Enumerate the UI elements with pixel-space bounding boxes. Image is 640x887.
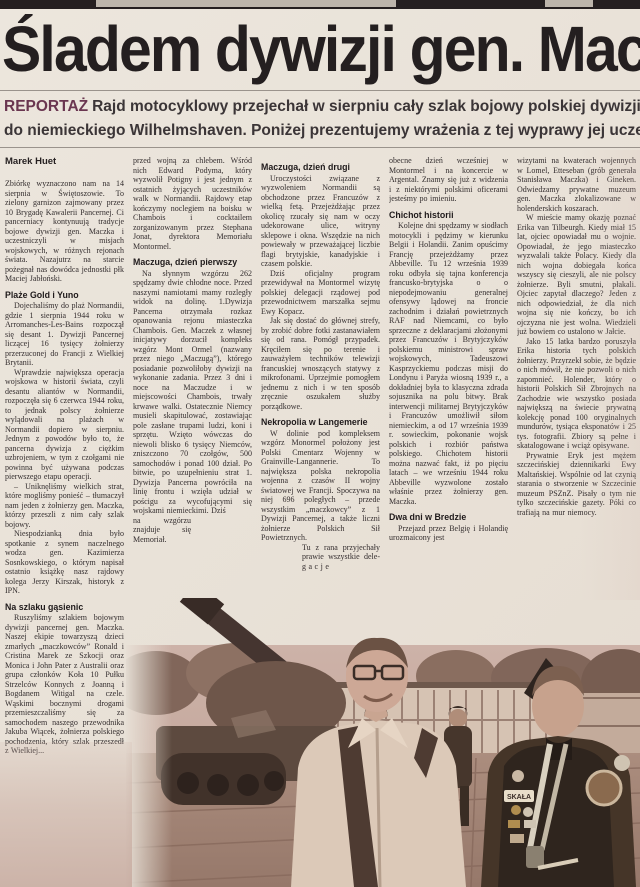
column-4: obecne dzień wcześniej w Montormel i na … bbox=[389, 156, 508, 650]
lead-line-2: do niemieckiego Wilhelmshaven. Poniżej p… bbox=[4, 119, 640, 143]
body-paragraph: Na słynnym wzgórzu 262 spędzamy dwie chł… bbox=[133, 269, 252, 516]
body-paragraph: Wprawdzie największa operacja wojskowa w… bbox=[5, 368, 124, 482]
body-paragraph: Jako 15 latka bardzo poruszyła Erika his… bbox=[517, 337, 636, 451]
body-paragraph: Dojechaliśmy do plaż Normandii, gdzie 1 … bbox=[5, 301, 124, 368]
divider-rule bbox=[0, 147, 640, 148]
divider-rule bbox=[0, 90, 640, 91]
body-paragraph: Prywatnie Eryk jest mężem szczecińskiej … bbox=[517, 451, 636, 518]
body-paragraph: przed wojną za chlebem. Wśród nich Edwar… bbox=[133, 156, 252, 251]
column-2: przed wojną za chlebem. Wśród nich Edwar… bbox=[133, 156, 252, 650]
body-paragraph: Jak się dostać do głównej strefy, by zro… bbox=[261, 316, 380, 411]
lead-text-2: do niemieckiego Wilhelmshaven. Poniżej p… bbox=[4, 122, 640, 139]
section-heading: Chichot historii bbox=[389, 210, 508, 220]
body-paragraph: Przejazd przez Belgię i Holandię urozmai… bbox=[389, 524, 508, 543]
body-paragraph: Kolejne dni spędzamy w siodłach motocykl… bbox=[389, 221, 508, 506]
newspaper-page: { "header": { "headline": "Śladem dywizj… bbox=[0, 0, 640, 887]
body-paragraph: Zbiórkę wyznaczono nam na 14 sierpnia w … bbox=[5, 179, 124, 284]
body-paragraph: wizytami na kwaterach wojennych w Lomel,… bbox=[517, 156, 636, 213]
section-heading: Maczuga, dzień pierwszy bbox=[133, 257, 252, 267]
section-heading: Plaże Gold i Yuno bbox=[5, 290, 124, 300]
column-5: wizytami na kwaterach wojennych w Lomel,… bbox=[517, 156, 636, 650]
scan-edge-notch bbox=[545, 0, 593, 7]
article-headline: Śladem dywizji gen. Macz bbox=[2, 8, 640, 90]
section-heading: Na szlaku gąsienic bbox=[5, 602, 124, 612]
photo-left-fade bbox=[126, 645, 172, 887]
article-lead: REPORTAŻRajd motocyklowy przejechał w si… bbox=[4, 95, 640, 143]
body-paragraph: obecne dzień wcześniej w Montormel i na … bbox=[389, 156, 508, 204]
body-paragraph: Dziś oficjalny program przewidywał na Mo… bbox=[261, 269, 380, 317]
article-photo: SKAŁA bbox=[126, 598, 640, 887]
column-3: Maczuga, dzień drugiUroczystości związan… bbox=[261, 156, 380, 650]
kicker-label: REPORTAŻ bbox=[4, 98, 88, 115]
vest-patch-label: SKAŁA bbox=[507, 794, 531, 801]
body-paragraph: Tu z rana przyjechały prawie wszystkie d… bbox=[302, 543, 380, 572]
body-paragraph: W dolinie pod kompleksem wzgórz Monormel… bbox=[261, 429, 380, 543]
body-paragraph: Ruszyliśmy szlakiem bojowym dywizji panc… bbox=[5, 613, 124, 756]
section-heading: Maczuga, dzień drugi bbox=[261, 162, 380, 172]
body-paragraph: Niespodzianką dnia było spotkanie z syne… bbox=[5, 529, 124, 596]
column-1: Marek HuetZbiórkę wyznaczono nam na 14 s… bbox=[5, 156, 124, 885]
article-byline: Marek Huet bbox=[5, 156, 124, 167]
body-paragraph: W mieście mamy okazję poznać Erika van T… bbox=[517, 213, 636, 337]
photo-illustration: SKAŁA bbox=[126, 598, 640, 887]
scan-edge-notch bbox=[96, 0, 396, 7]
section-heading: Nekropolia w Langemerie bbox=[261, 417, 380, 427]
body-paragraph: Uroczystości związane z wyzwoleniem Norm… bbox=[261, 174, 380, 269]
section-heading: Dwa dni w Bredzie bbox=[389, 512, 508, 522]
lead-line-1: REPORTAŻRajd motocyklowy przejechał w si… bbox=[4, 95, 640, 119]
body-paragraph: – Uniknęliśmy wielkich strat, które mogl… bbox=[5, 482, 124, 530]
body-paragraph: na wzgórzu znajduje się Memoriał. bbox=[133, 516, 191, 545]
lead-text-1: Rajd motocyklowy przejechał w sierpniu c… bbox=[92, 98, 640, 115]
